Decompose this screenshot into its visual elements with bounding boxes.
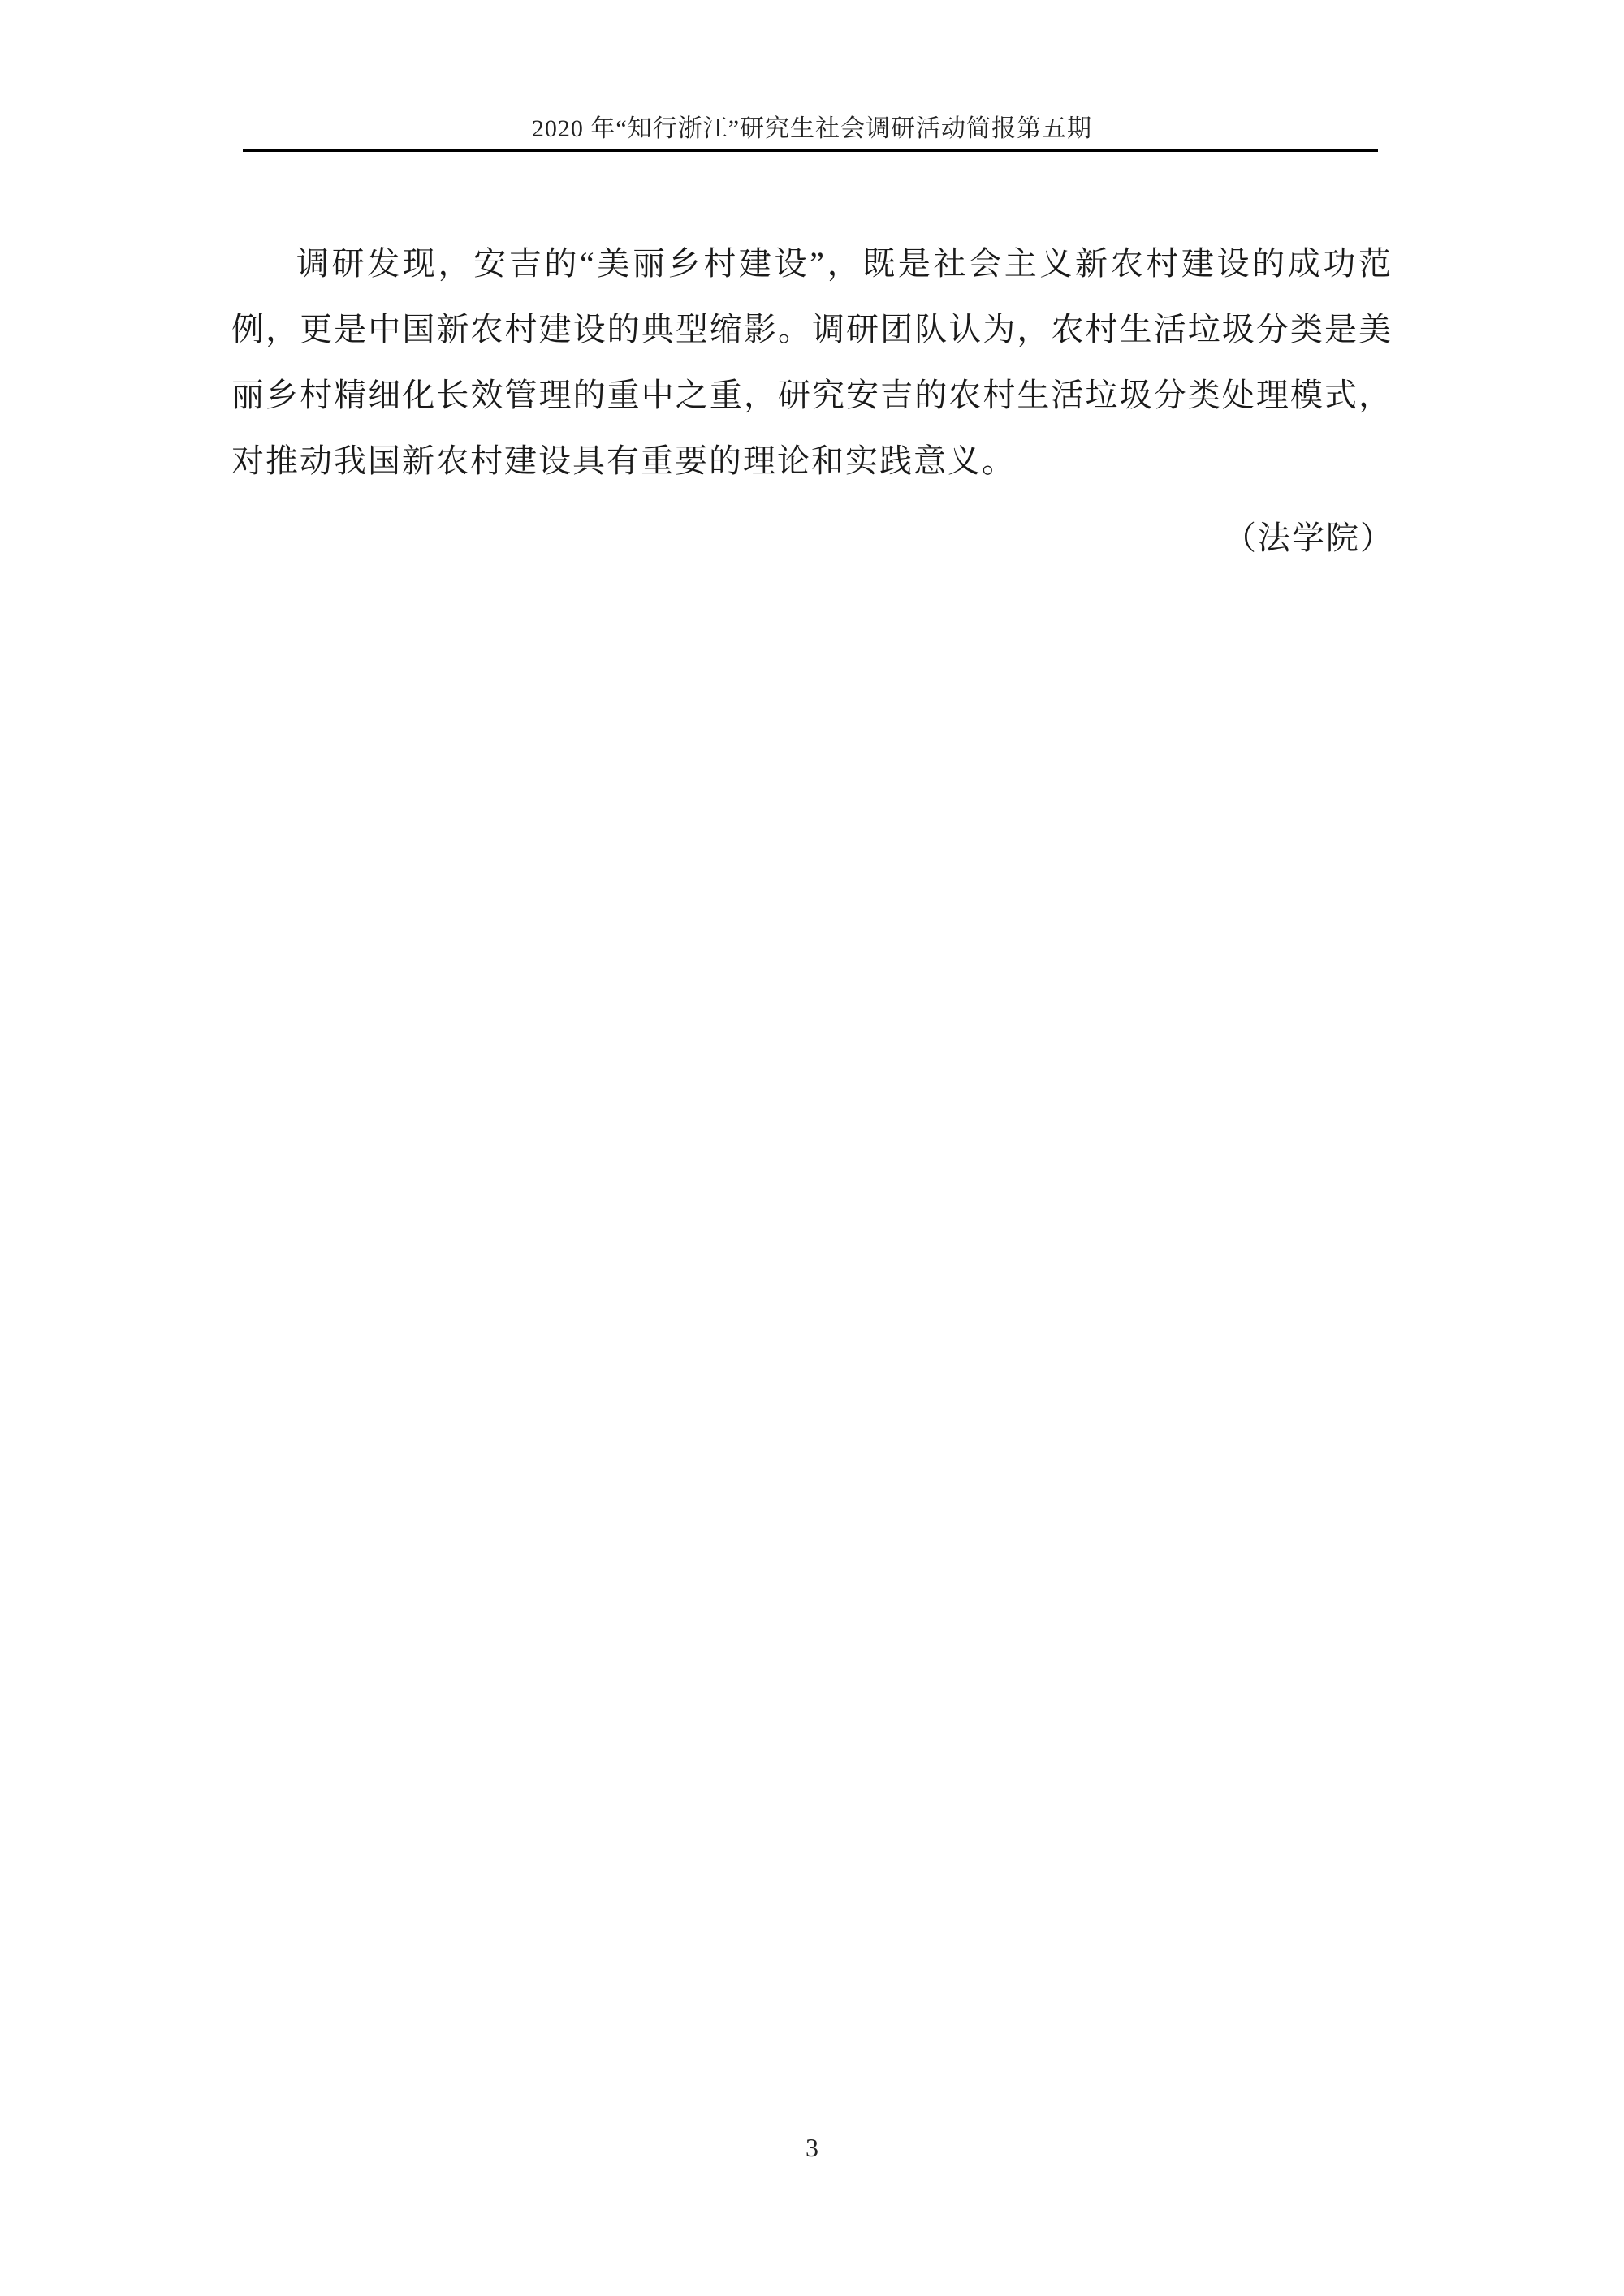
- page-header-title: 2020 年“知行浙江”研究生社会调研活动简报第五期: [0, 114, 1624, 145]
- signature-attribution: （法学院）: [231, 505, 1394, 571]
- document-page: 2020 年“知行浙江”研究生社会调研活动简报第五期 调研发现，安吉的“美丽乡村…: [0, 0, 1624, 2296]
- page-number: 3: [806, 2133, 818, 2162]
- header-rule: [243, 149, 1378, 152]
- page-footer: 3: [0, 2134, 1624, 2161]
- body-paragraph: 调研发现，安吉的“美丽乡村建设”，既是社会主义新农村建设的成功范例，更是中国新农…: [231, 231, 1393, 494]
